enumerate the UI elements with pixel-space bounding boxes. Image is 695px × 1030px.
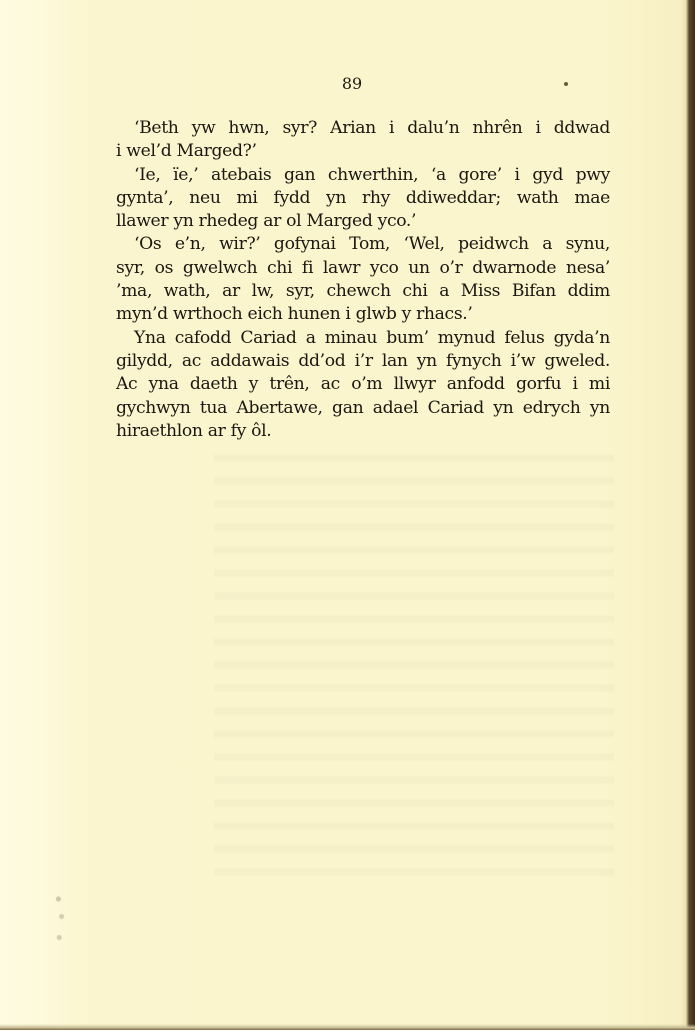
text-line: hiraethlon ar fy ôl. (116, 420, 610, 443)
page-number: 89 (340, 74, 364, 93)
text-line: Ac yna daeth y trên, ac o’m llwyr anfodd… (116, 373, 610, 396)
text-line: gilydd, ac addawais dd’od i’r lan yn fyn… (116, 350, 610, 373)
margin-stains (52, 885, 68, 955)
text-line: ‘Beth yw hwn, syr? Arian i dalu’n nhrên … (116, 117, 610, 140)
text-line: myn’d wrthoch eich hunen i glwb y rhacs.… (116, 303, 610, 326)
scanned-page: 89 ‘Beth yw hwn, syr? Arian i dalu’n nhr… (0, 0, 695, 1030)
text-line: syr, os gwelwch chi fi lawr yco un o’r d… (116, 257, 610, 280)
ink-speck (564, 82, 568, 86)
text-line: Yna cafodd Cariad a minau bum’ mynud fel… (116, 327, 610, 350)
text-line: gynta’, neu mi fydd yn rhy ddiweddar; wa… (116, 187, 610, 210)
text-line: llawer yn rhedeg ar ol Marged yco.’ (116, 210, 610, 233)
text-line: ‘Os e’n, wir?’ gofynai Tom, ‘Wel, peidwc… (116, 233, 610, 256)
body-text: ‘Beth yw hwn, syr? Arian i dalu’n nhrên … (116, 117, 610, 443)
text-line: gychwyn tua Abertawe, gan adael Cariad y… (116, 397, 610, 420)
page-bottom-edge (0, 1024, 695, 1030)
text-line: i wel’d Marged?’ (116, 140, 610, 163)
text-line: ‘Ie, ïe,’ atebais gan chwerthin, ‘a gore… (116, 164, 610, 187)
text-line: ’ma, wath, ar lw, syr, chewch chi a Miss… (116, 280, 610, 303)
bleed-through-text (214, 440, 614, 890)
